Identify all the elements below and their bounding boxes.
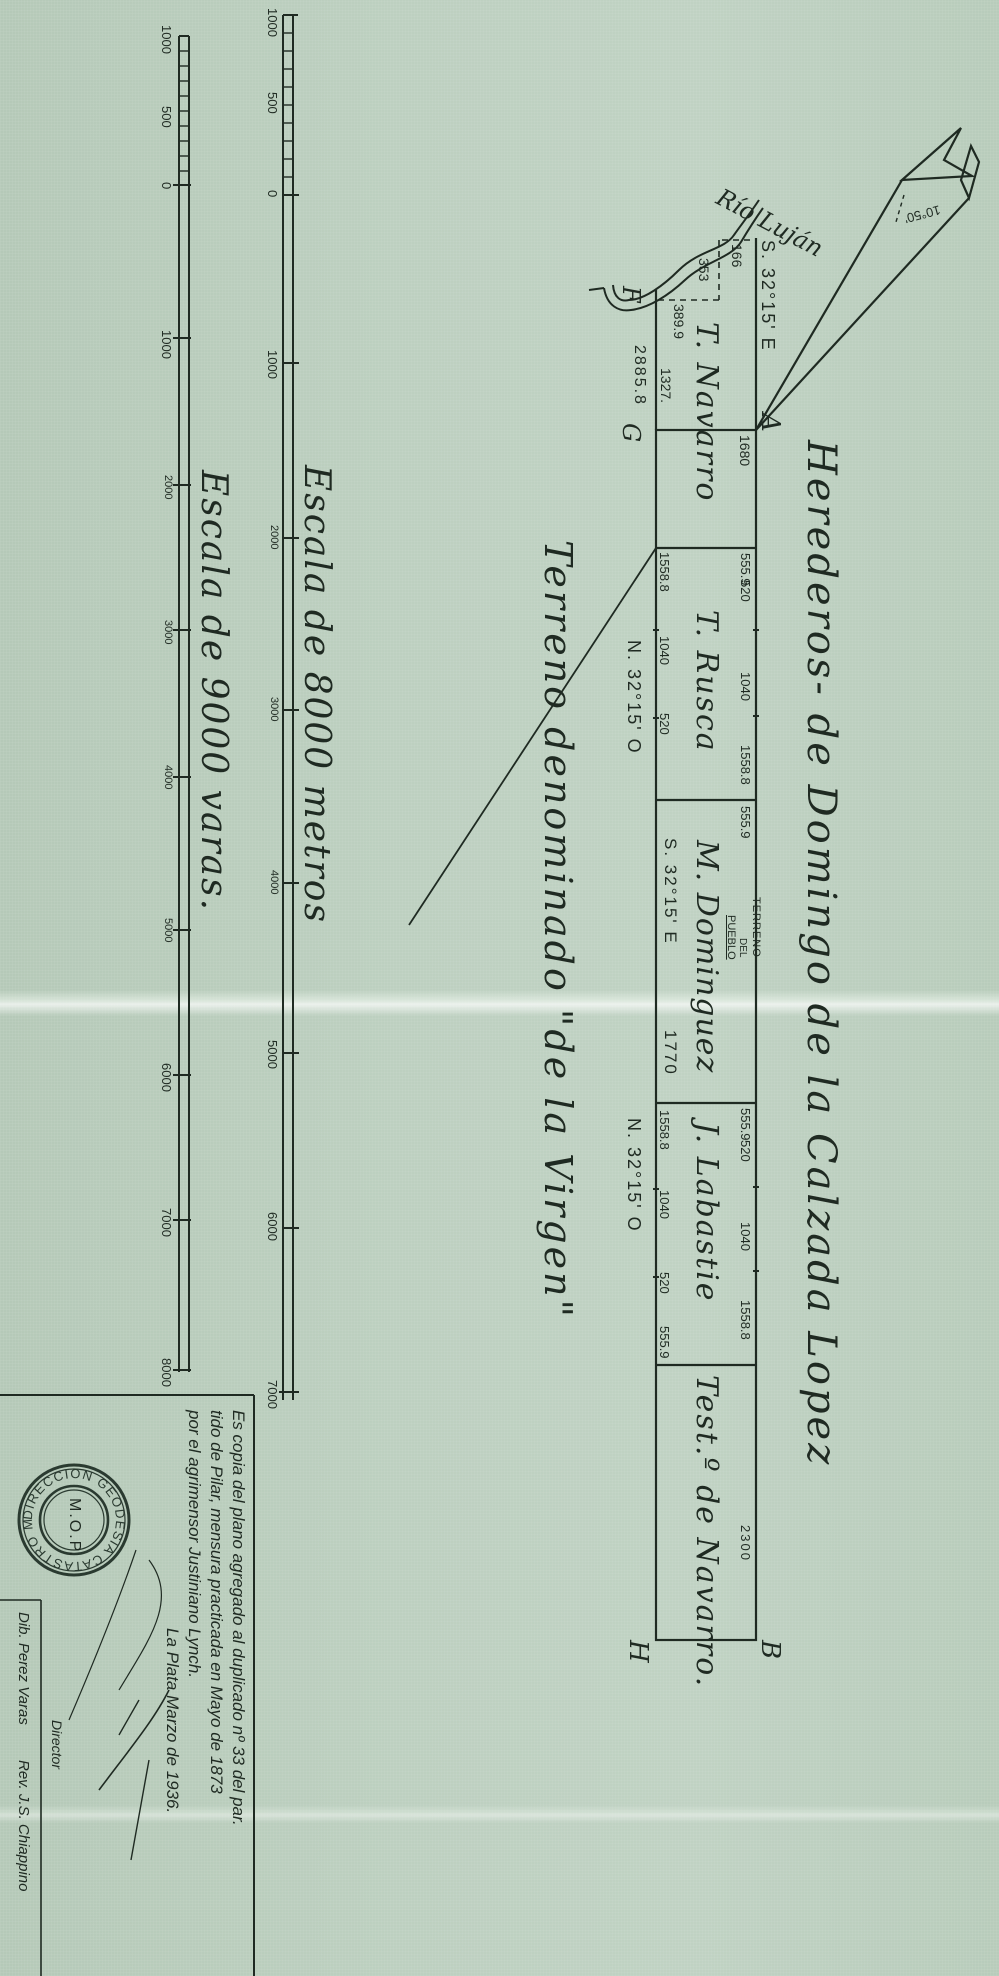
scale-meters-tick: 2000 [268, 525, 279, 549]
pueblo-annotation-2: DEL [737, 938, 747, 957]
parcel-owner-dominguez: M. Dominguez [691, 840, 721, 1073]
scale-varas-tick: 0 [160, 182, 173, 189]
scale-varas-tick: 2000 [162, 475, 173, 499]
certification-line-3: por el agrimensor Justiniano Lynch. [186, 1410, 203, 1678]
parcel-labastie-mark: 520 [658, 1272, 671, 1294]
notch-bottom: 389.9 [672, 304, 686, 339]
parcel-labastie-mark: 1040 [739, 1222, 752, 1251]
parcel-owner-rusca: T. Rusca [691, 610, 721, 753]
scale-meters-tick: 500 [266, 92, 279, 114]
parcel-navarro-top-length: 1680 [738, 435, 752, 466]
reviewed-by: Rev. J.S. Chiappino [16, 1760, 31, 1891]
certification-line-1: Es copia del plano agregado al duplicado… [230, 1410, 247, 1826]
bearing-top: S. 32°15' E [759, 240, 777, 352]
scale-varas-tick: 6000 [160, 1063, 173, 1092]
signer-role: Director [50, 1720, 64, 1769]
parcel-owner-labastie: J. Labastie [691, 1122, 721, 1302]
parcel-dominguez-width: 555.9 [739, 806, 752, 839]
plan-linework: DIRECCION GEODESIA CATASTRO MAPA [0, 0, 999, 1976]
parcel-labastie-width: 555.9 [739, 1108, 752, 1141]
bearing-left-north: N. 32°15' O [625, 640, 643, 755]
pueblo-annotation-3: PUEBLO [725, 915, 736, 960]
document-subtitle: Terreno denominado "de la Virgen" [539, 540, 577, 1320]
parcel-navarro-bottom-length: 1327. [659, 368, 673, 403]
stamp-inner-text: M.O.P. [66, 1498, 82, 1558]
parcel-labastie-mark: 1558.8 [739, 1300, 752, 1340]
corner-label-g: G [619, 423, 643, 442]
corner-label-h: H [625, 1640, 651, 1663]
parcel-rusca-mark: 1558.8 [739, 745, 752, 785]
scale-meters-tick: 6000 [266, 1212, 279, 1241]
scale-meters-tick: 4000 [268, 870, 279, 894]
scale-varas-tick: 7000 [160, 1208, 173, 1237]
parcel-labastie-mark: 520 [739, 1140, 752, 1162]
parcel-labastie-mark: 1558.8 [658, 1110, 671, 1150]
drawn-by: Dib. Perez Varas [16, 1612, 31, 1725]
parcel-test-navarro-top-length: 2300 [739, 1525, 752, 1562]
scale-varas-tick: 8000 [160, 1358, 173, 1387]
parcel-rusca-mark: 520 [739, 580, 752, 602]
scale-meters-tick: 7000 [266, 1380, 279, 1409]
scale-meters-tick: 1000 [266, 350, 279, 379]
parcel-rusca-mark: 1040 [658, 636, 671, 665]
parcel-owner-navarro: T. Navarro [691, 322, 721, 502]
corner-label-f: F [619, 286, 643, 303]
scale-meters-tick: 0 [266, 190, 279, 197]
plan-canvas: DIRECCION GEODESIA CATASTRO MAPA Hereder… [0, 0, 999, 1976]
parcel-rusca-mark: 1558.8 [658, 552, 671, 592]
scale-varas-tick: 500 [160, 106, 173, 128]
scale-meters-tick: 3000 [268, 697, 279, 721]
certification-line-2: tido de Pilar, mensura practicada en May… [208, 1410, 225, 1794]
outer-side-length: 2885.8 [631, 345, 647, 406]
scale-varas-tick: 3000 [162, 620, 173, 644]
parcel-labastie-width-bottom: 555.9 [658, 1326, 671, 1359]
scale-varas-tick: 1000 [160, 330, 173, 359]
scale-varas-tick: 1000 [160, 25, 173, 54]
parcel-owner-test-navarro: Test.º de Navarro. [691, 1375, 721, 1688]
document-title: Herederos- de Domingo de la Calzada Lope… [801, 440, 841, 1467]
certification-place-date: La Plata Marzo de 1936. [164, 1628, 181, 1813]
scale-varas-label: Escala de 9000 varas. [195, 470, 231, 912]
scale-meters-tick: 1000 [266, 8, 279, 37]
bearing-middle-south: S. 32°15' E [662, 838, 679, 945]
bearing-left-north-2: N. 32°15' O [625, 1118, 643, 1233]
scale-varas-tick: 4000 [162, 765, 173, 789]
parcel-rusca-mark: 1040 [739, 672, 752, 701]
parcel-dominguez-bottom-length: 1770 [662, 1030, 679, 1076]
parcel-labastie-mark: 1040 [658, 1190, 671, 1219]
scale-meters-label: Escala de 8000 metros [298, 465, 334, 924]
corner-label-a: A [757, 413, 783, 432]
pueblo-annotation-1: TERRENO [750, 897, 761, 958]
corner-label-b: B [757, 1640, 783, 1659]
notch-side: 353 [697, 258, 711, 281]
scale-meters-tick: 5000 [266, 1040, 279, 1069]
notch-top-width: 166 [730, 244, 744, 267]
scale-varas-tick: 5000 [162, 918, 173, 942]
parcel-rusca-mark: 520 [658, 713, 671, 735]
